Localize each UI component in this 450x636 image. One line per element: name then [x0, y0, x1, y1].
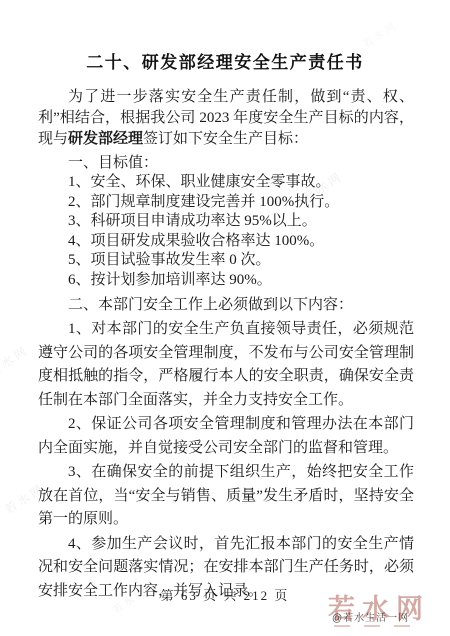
diagonal-watermark: 若水网 — [359, 17, 400, 51]
document-body: 为了进一步落实安全生产责任制，做到“责、权、利”相结合，根据我公司 2023 年… — [38, 87, 414, 603]
section2-paragraph: 1、对本部门的安全生产负直接领导责任，必须规范遵守公司的各项安全管理制度，不发布… — [38, 318, 414, 412]
section2-heading: 二、本部门安全工作上必须做到以下内容： — [38, 294, 414, 317]
objectives-list: 1、安全、环保、职业健康安全零事故。 2、部门规章制度建设完善并 100%执行。… — [38, 173, 414, 290]
section2-paragraph: 2、保证公司各项安全管理制度和管理办法在本部门内全面实施，并自觉接受公司安全部门… — [38, 413, 414, 460]
intro-post: 签订如下安全生产目标： — [143, 131, 308, 147]
objective-item: 2、部门规章制度建设完善并 100%执行。 — [38, 193, 414, 213]
site-watermark-marks — [334, 625, 410, 627]
objective-item: 5、项目试验事故发生率 0 次。 — [38, 251, 414, 271]
objective-item: 1、安全、环保、职业健康安全零事故。 — [38, 173, 414, 193]
objectives-heading: 一、目标值： — [38, 153, 414, 173]
page-number-footer: 第 63 页 共 212 页 — [0, 585, 450, 604]
document-page: 若水网 若水网 若水网 若水网 若水网 二十、研发部经理安全生产责任书 为了进一… — [0, 0, 450, 636]
intro-bold-term: 研发部经理 — [68, 131, 143, 147]
objective-item: 3、科研项目申请成功率达 95%以上。 — [38, 212, 414, 232]
objective-item: 4、项目研发成果验收合格率达 100%。 — [38, 232, 414, 252]
intro-paragraph: 为了进一步落实安全生产责任制，做到“责、权、利”相结合，根据我公司 2023 年… — [38, 87, 414, 150]
section2-paragraph: 3、在确保安全的前提下组织生产，始终把安全工作放在首位，当“安全与销售、质量”发… — [38, 461, 414, 532]
objective-item: 6、按计划参加培训率达 90%。 — [38, 271, 414, 291]
site-watermark-handle: @若水生活一网 — [332, 609, 409, 624]
diagonal-watermark: 若水网 — [0, 341, 32, 380]
page-title: 二十、研发部经理安全生产责任书 — [0, 48, 450, 73]
